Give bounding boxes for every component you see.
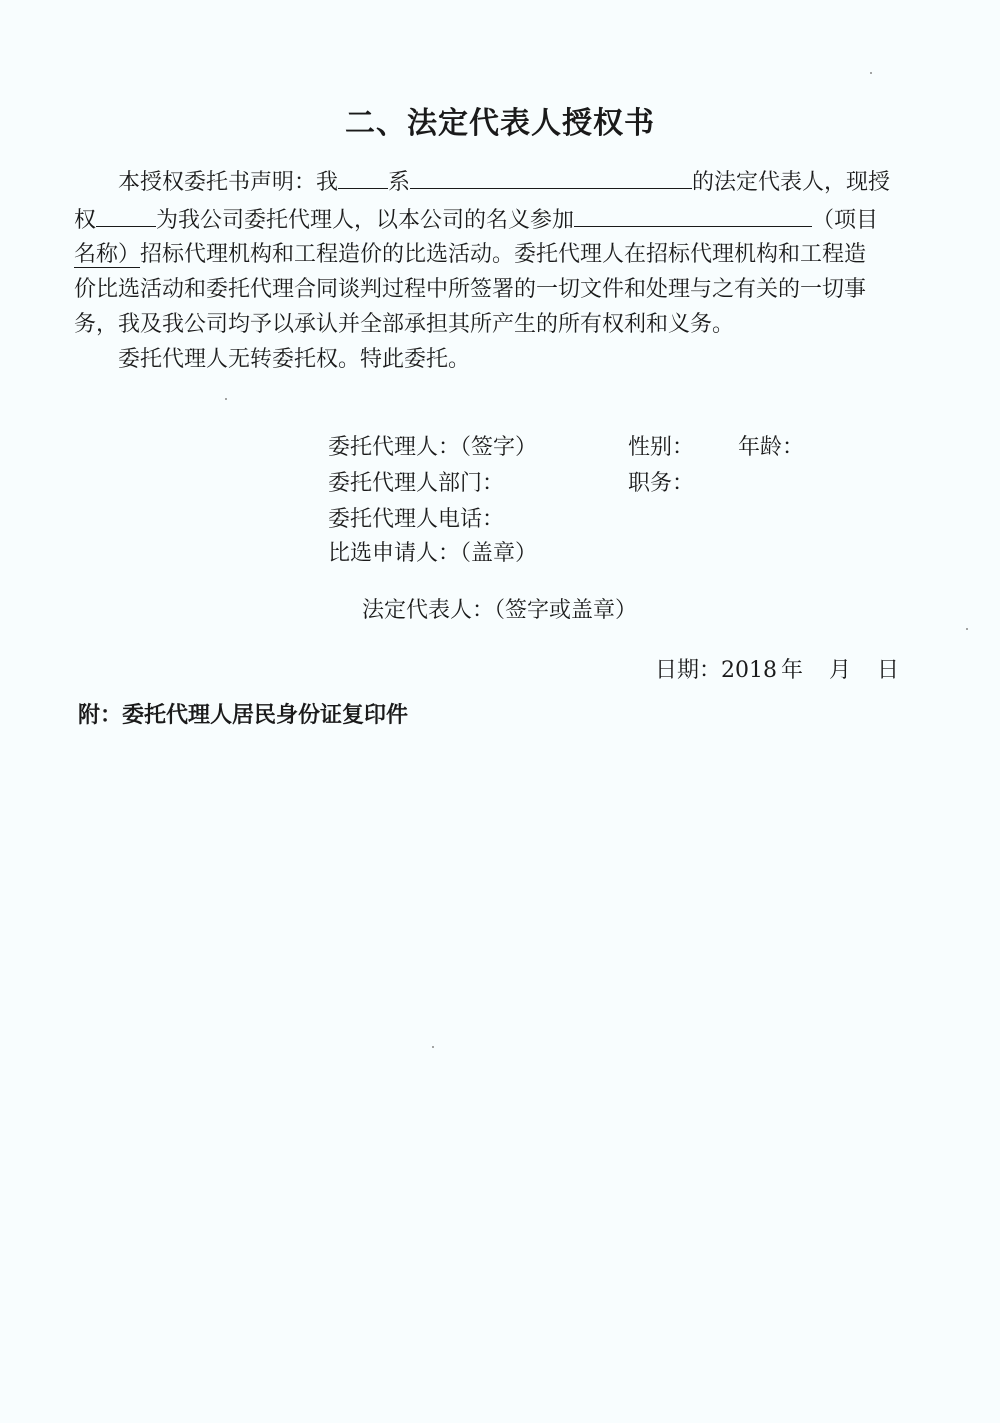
agent-signature-field[interactable]: 委托代理人：（签字） — [328, 430, 537, 461]
project-label-text: （项目 — [812, 208, 878, 233]
legal-rep-text: 的法定代表人，现授 — [692, 170, 890, 195]
scan-speck — [870, 72, 872, 74]
applicant-seal-field[interactable]: 比选申请人：（盖章） — [328, 536, 537, 567]
legal-rep-signature[interactable]: 法定代表人：（签字或盖章） — [362, 596, 637, 626]
date-label: 日期： — [655, 658, 721, 683]
date-year: 2018 — [721, 658, 777, 683]
body-line-2: 权为我公司委托代理人，以本公司的名义参加（项目 — [74, 204, 878, 236]
company-blank[interactable] — [410, 166, 692, 189]
attachment-note: 附：委托代理人居民身份证复印件 — [78, 698, 408, 729]
project-name-label: 名称） — [74, 242, 140, 268]
body-line-5: 务，我及我公司均予以承认并全部承担其所产生的所有权利和义务。 — [74, 310, 734, 340]
body-line-4: 价比选活动和委托代理合同谈判过程中所签署的一切文件和处理与之有关的一切事 — [74, 275, 866, 305]
position-field[interactable]: 职务： — [628, 466, 694, 497]
scan-speck — [432, 1046, 434, 1048]
date-line: 日期：2018年月日 — [655, 656, 899, 686]
age-field[interactable]: 年龄： — [738, 430, 804, 461]
agent-phone-field[interactable]: 委托代理人电话： — [328, 502, 504, 533]
scan-speck — [225, 398, 227, 400]
date-day-unit: 日 — [877, 658, 899, 683]
gender-field[interactable]: 性别： — [628, 430, 694, 461]
project-name-blank[interactable] — [574, 204, 812, 227]
scan-speck — [966, 628, 968, 630]
body-line-6: 委托代理人无转委托权。特此委托。 — [118, 345, 470, 375]
declaration-text: 本授权委托书声明：我 — [118, 170, 338, 195]
auth-text: 权 — [74, 208, 96, 233]
activity-text: 招标代理机构和工程造价的比选活动。委托代理人在招标代理机构和工程造 — [140, 242, 866, 267]
body-line-3: 名称）招标代理机构和工程造价的比选活动。委托代理人在招标代理机构和工程造 — [74, 240, 866, 270]
body-line-1: 本授权委托书声明：我系的法定代表人，现授 — [118, 166, 890, 198]
date-year-unit: 年 — [781, 658, 803, 683]
agent-appointment-text: 为我公司委托代理人，以本公司的名义参加 — [156, 208, 574, 233]
page-title: 二、法定代表人授权书 — [0, 98, 1000, 142]
agent-name-blank[interactable] — [96, 204, 156, 227]
relation-text: 系 — [388, 170, 410, 195]
name-blank[interactable] — [338, 166, 388, 189]
agent-dept-field[interactable]: 委托代理人部门： — [328, 466, 504, 497]
date-month-unit: 月 — [829, 658, 851, 683]
